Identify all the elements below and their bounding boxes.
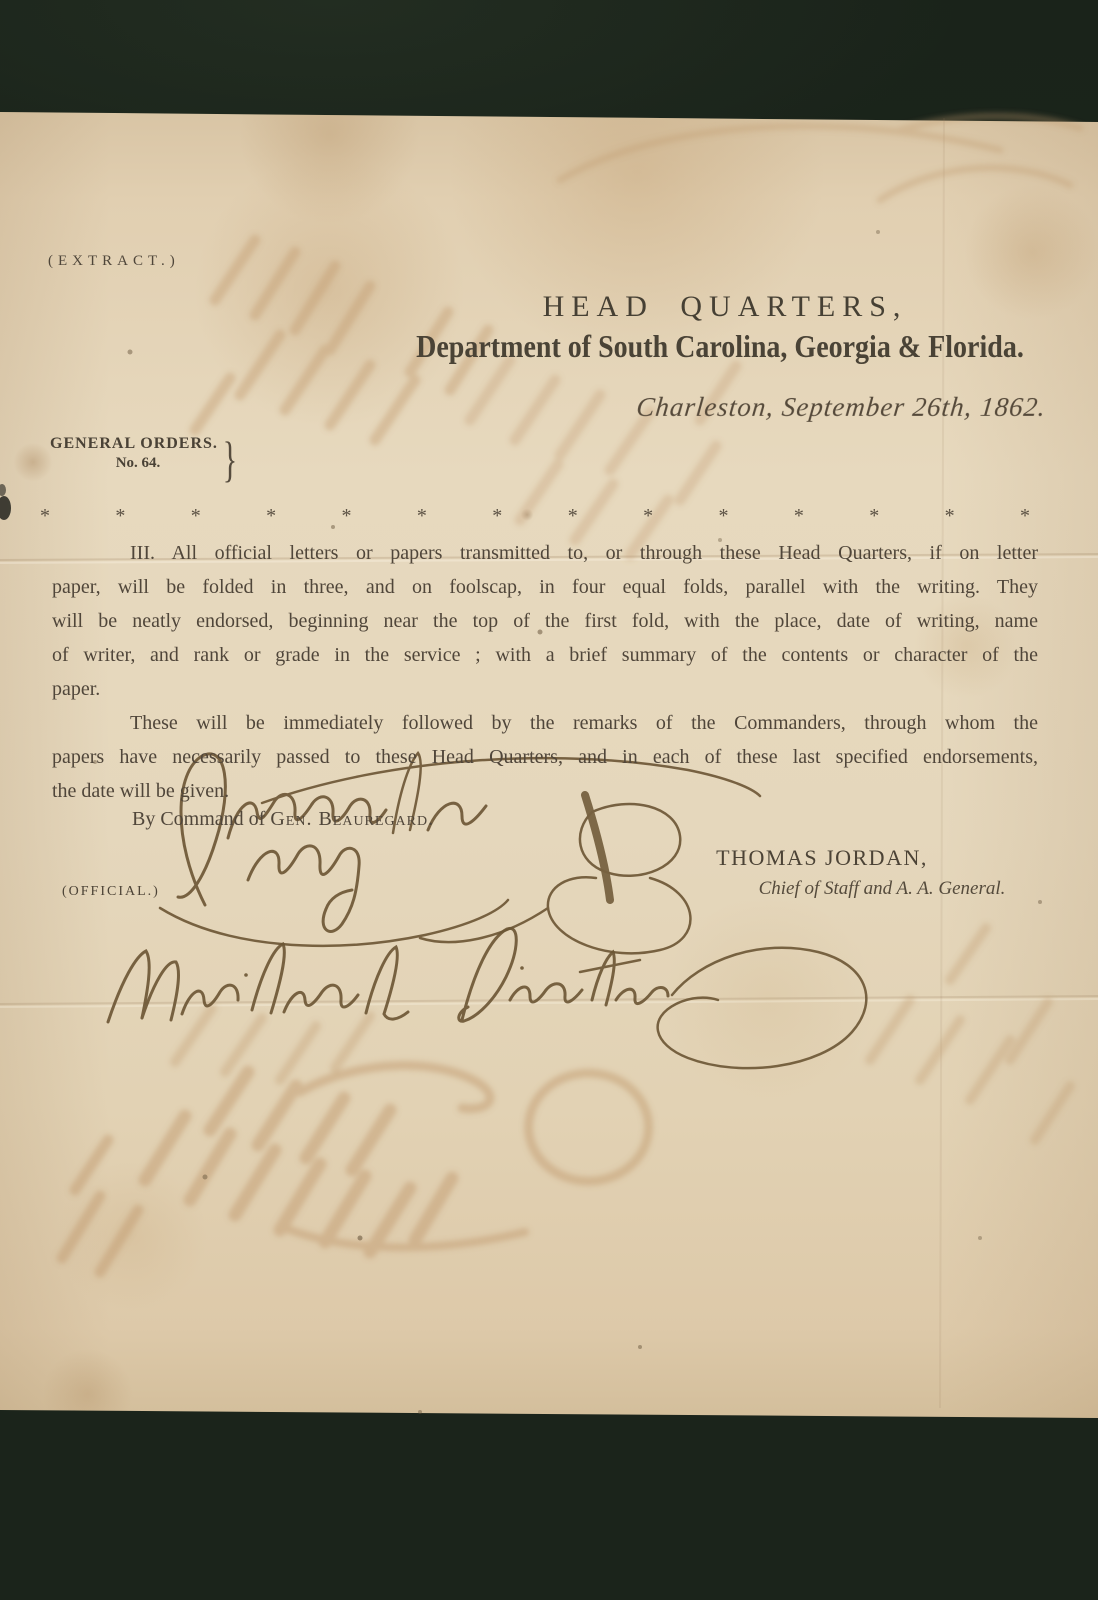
extract-label: (EXTRACT.) [48,253,180,270]
body-line: the date will be given. [52,774,1038,808]
asterisk-separator: * * * * * * * * * * * * * * [40,505,1030,528]
body-line: of writer, and rank or grade in the serv… [52,638,1038,672]
general-orders-label: GENERAL ORDERS. [50,435,218,453]
body-line: papers have necessarily passed to these … [52,740,1038,774]
signer-title: Chief of Staff and A. A. General. [742,878,1022,900]
official-label: (OFFICIAL.) [62,884,160,900]
place-dateline: Charleston, September 26th, 1862. [558,392,1047,423]
body-line: will be neatly endorsed, beginning near … [52,604,1038,638]
body-line: paper, will be folded in three, and on f… [52,570,1038,604]
general-orders-number: No. 64. [50,455,226,472]
department-line: Department of South Carolina, Georgia & … [370,330,1070,366]
body-line: III. All official letters or papers tran… [52,536,1038,570]
by-command-prefix: By Command of [132,808,270,830]
by-command-line: By Command of Gen. Beauregard. [132,808,434,831]
general-name: Gen. Beauregard. [270,808,434,830]
headquarters-title: HEAD QUARTERS, [429,290,1021,324]
scanned-document-photo: (EXTRACT.) HEAD QUARTERS, Department of … [0,0,1098,1600]
body-line: paper. [52,672,1038,706]
orders-brace-glyph: } [223,430,237,488]
signer-name: THOMAS JORDAN, [712,845,932,871]
body-line: These will be immediately followed by th… [52,706,1038,740]
